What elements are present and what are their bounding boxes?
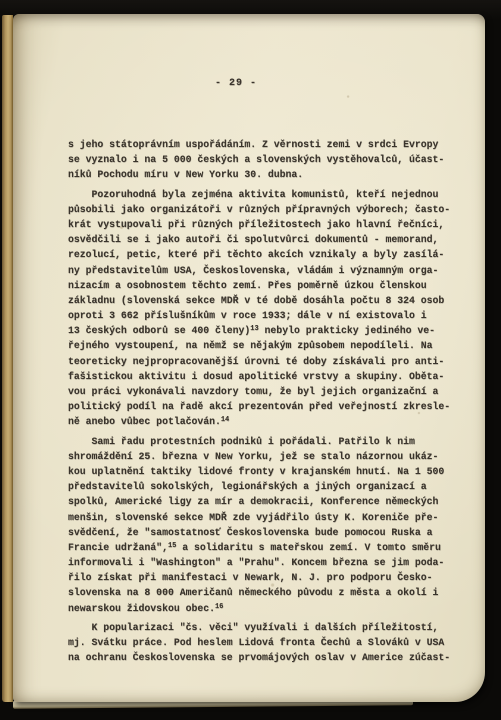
text-line: politický podíl na řadě akcí prezentován…: [68, 399, 470, 414]
text-line: Francie udržaná",15 a solidaritu s mateř…: [68, 540, 470, 555]
text-line: slovenska na 8 000 Američanů německého p…: [68, 585, 470, 600]
text-line: ně anebo vůbec potlačován.14: [68, 414, 470, 429]
page-number: - 29 -: [13, 78, 459, 89]
footnote-ref: 15: [168, 542, 176, 550]
text-line: mj. Svátku práce. Pod heslem Lidová fron…: [68, 635, 470, 650]
text-line: svědčení, že "samostatnosť Československ…: [68, 525, 470, 540]
footnote-ref: 16: [215, 603, 223, 611]
text-line: shromáždění 25. března v New Yorku, jež …: [68, 449, 470, 464]
text-line: vou práci vykonávali navzdory tomu, že b…: [68, 384, 470, 399]
footnote-ref: 14: [221, 416, 229, 424]
text-line: se vyznalo i na 5 000 českých a slovensk…: [68, 152, 470, 167]
text-line: fašistickou aktivitu i dosud apolitické …: [68, 369, 470, 384]
text-line: rezolucí, petic, které při těchto akcích…: [68, 247, 470, 262]
text-line: základnu (slovenská sekce MDŘ v té době …: [68, 293, 470, 308]
text-line: řejného vystoupení, na němž se nějakým z…: [68, 338, 470, 353]
text-line: krát vystupovali při různých příležitost…: [68, 217, 470, 232]
text-line: oproti 3 662 příslušníkům v roce 1933; d…: [68, 308, 470, 323]
text-line: s jeho státoprávním uspořádáním. Z věrno…: [68, 137, 470, 152]
text-line: Sami řadu protestních podniků i pořádali…: [68, 434, 470, 449]
text-line: představitelů sokolských, legionářských …: [68, 479, 470, 494]
text-line: níků Pochodu míru v New Yorku 30. dubna.: [68, 167, 470, 182]
text-line: newarskou židovskou obec.16: [68, 601, 470, 616]
book-spine-edge: [2, 15, 13, 702]
text-line: 13 českých odborů se 400 členy)13 nebylo…: [68, 323, 470, 338]
paragraph: K popularizaci "čs. věci" využívali i da…: [68, 620, 470, 666]
paragraph: Sami řadu protestních podniků i pořádali…: [68, 434, 470, 616]
text-line: kou uplatnění taktiky lidové fronty v kr…: [68, 464, 470, 479]
text-line: teoreticky nejpropracovanější úrovni té …: [68, 354, 470, 369]
text-line: K popularizaci "čs. věci" využívali i da…: [68, 620, 470, 635]
text-line: na ochranu Československa se prvomájovýc…: [68, 650, 470, 665]
text-line: působili jako organizátoři v různých pří…: [68, 202, 470, 217]
scanned-document-page: - 29 - s jeho státoprávním uspořádáním. …: [0, 0, 501, 720]
paragraph: s jeho státoprávním uspořádáním. Z věrno…: [68, 137, 470, 183]
text-line: nizacím a osobnostem těchto zemí. Přes p…: [68, 278, 470, 293]
paper-sheet: - 29 - s jeho státoprávním uspořádáním. …: [13, 14, 485, 702]
text-line: ny představitelům USA, Československa, v…: [68, 263, 470, 278]
text-line: informovali i "Washington" a "Prahu". Ko…: [68, 555, 470, 570]
text-line: osvědčili se i jako autoři či spolutvůrc…: [68, 232, 470, 247]
text-line: spolků, Americké ligy za mír a demokraci…: [68, 494, 470, 509]
text-line: Pozoruhodná byla zejména aktivita komuni…: [68, 187, 470, 202]
footnote-ref: 13: [250, 325, 258, 333]
text-line: menšin, slovenské sekce MDŘ zde vyjádřil…: [68, 510, 470, 525]
paragraph: Pozoruhodná byla zejména aktivita komuni…: [68, 187, 470, 430]
text-line: řilo získat při manifestaci v Newark, N.…: [68, 570, 470, 585]
page-body-text: s jeho státoprávním uspořádáním. Z věrno…: [68, 137, 470, 665]
